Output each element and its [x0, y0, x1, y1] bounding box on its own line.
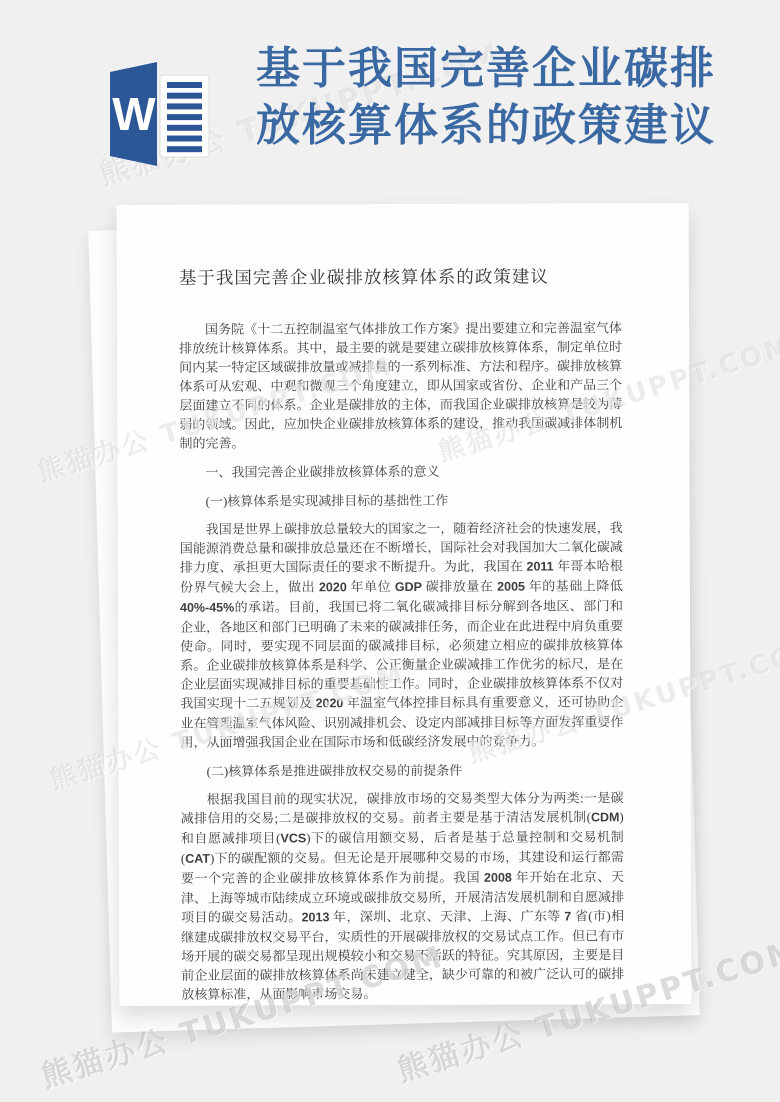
latin-text: 2008 [484, 871, 512, 885]
latin-text: 2005 [497, 580, 525, 594]
latin-text: CAT [185, 852, 210, 866]
header: W 基于我国完善企业碳排放核算体系的政策建议 [0, 0, 780, 185]
latin-text: 2020 [316, 696, 344, 710]
document-title: 基于我国完善企业碳排放核算体系的政策建议 [179, 263, 622, 290]
latin-text: 2011 [526, 559, 553, 573]
latin-text: 40%-45% [180, 601, 234, 615]
word-icon-letter: W [112, 88, 156, 140]
paragraph: 国务院《十二五控制温室气体排放工作方案》提出要建立和完善温室气体排放统计核算体系… [179, 318, 622, 453]
word-file-icon: W [110, 62, 215, 166]
paragraph: 我国是世界上碳排放总量较大的国家之一，随着经济社会的快速发展，我国能源消费总量和… [180, 518, 624, 752]
latin-text: 2013 [302, 910, 330, 924]
paragraph: 根据我国目前的现实状况，碳排放市场的交易类型大体分为两类:一是碳减排信用的交易;… [181, 788, 625, 1004]
section-heading: 一、我国完善企业碳排放核算体系的意义 [180, 461, 623, 482]
latin-text: 7 [564, 909, 571, 923]
latin-text: CDM [591, 810, 620, 824]
latin-text: VCS [280, 831, 306, 845]
sub-heading: (二)核算体系是推进碳排放权交易的前提条件 [181, 760, 624, 781]
document-page: 基于我国完善企业碳排放核算体系的政策建议 国务院《十二五控制温室气体排放工作方案… [117, 203, 692, 1006]
latin-text: GDP [395, 580, 422, 594]
sub-heading: (一)核算体系是实现减排目标的基拙性工作 [180, 490, 623, 511]
page-title: 基于我国完善企业碳排放核算体系的政策建议 [256, 40, 734, 154]
latin-text: 2020 [319, 580, 347, 594]
document-body: 国务院《十二五控制温室气体排放工作方案》提出要建立和完善温室气体排放统计核算体系… [179, 318, 624, 1004]
